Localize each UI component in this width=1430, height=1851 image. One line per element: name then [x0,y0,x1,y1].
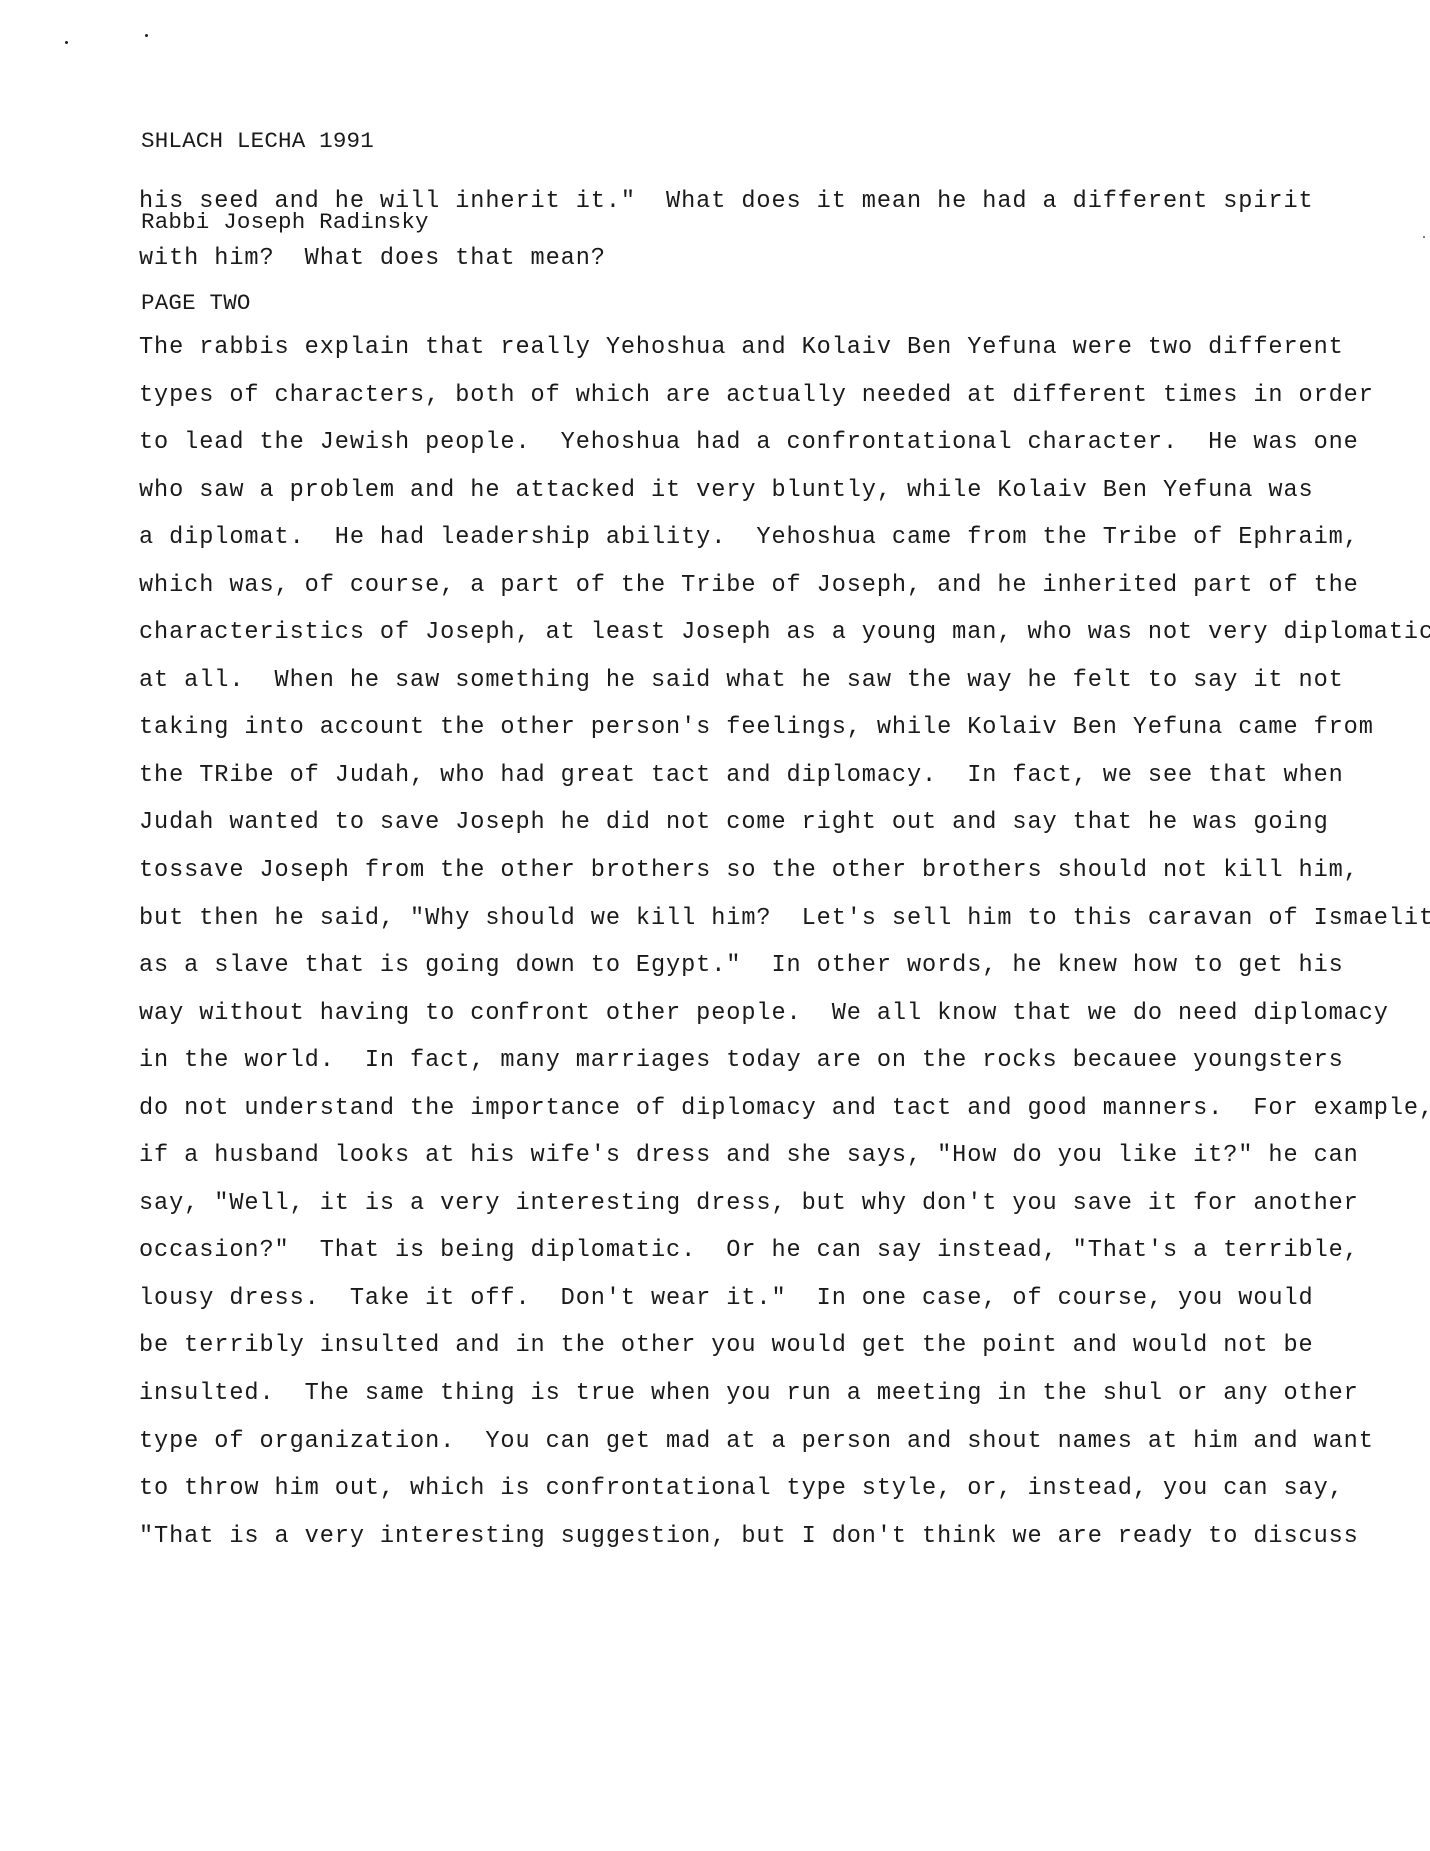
text-line: characteristics of Joseph, at least Jose… [139,618,1430,666]
text-line: insulted. The same thing is true when yo… [139,1379,1430,1427]
text-line: a diplomat. He had leadership ability. Y… [139,523,1430,571]
text-line: be terribly insulted and in the other yo… [139,1331,1430,1379]
text-line: lousy dress. Take it off. Don't wear it.… [139,1284,1430,1332]
text-line: if a husband looks at his wife's dress a… [139,1141,1430,1189]
text-line: to throw him out, which is confrontation… [139,1474,1430,1522]
text-line: to lead the Jewish people. Yehoshua had … [139,428,1430,476]
text-line: as a slave that is going down to Egypt."… [139,951,1430,999]
scan-speck [145,34,148,37]
text-line: who saw a problem and he attacked it ver… [139,476,1430,524]
text-line: way without having to confront other peo… [139,999,1430,1047]
paragraph-continuation: his seed and he will inherit it." What d… [139,187,1314,300]
text-line: taking into account the other person's f… [139,713,1430,761]
text-line: which was, of course, a part of the Trib… [139,571,1430,619]
scan-speck [65,41,68,44]
text-line: in the world. In fact, many marriages to… [139,1046,1430,1094]
text-line: types of characters, both of which are a… [139,381,1430,429]
text-line: with him? What does that mean? [139,244,1314,301]
text-line: type of organization. You can get mad at… [139,1427,1430,1475]
text-line: but then he said, "Why should we kill hi… [139,904,1430,952]
text-line: "That is a very interesting suggestion, … [139,1522,1430,1570]
text-line: The rabbis explain that really Yehoshua … [139,333,1430,381]
paragraph-rabbis-explain: The rabbis explain that really Yehoshua … [139,333,1430,1569]
text-line: say, "Well, it is a very interesting dre… [139,1189,1430,1237]
text-line: Judah wanted to save Joseph he did not c… [139,808,1430,856]
scan-speck [1423,236,1425,238]
text-line: at all. When he saw something he said wh… [139,666,1430,714]
text-line: do not understand the importance of dipl… [139,1094,1430,1142]
sermon-title: SHLACH LECHA 1991 [141,128,429,155]
text-line: his seed and he will inherit it." What d… [139,187,1314,244]
text-line: tossave Joseph from the other brothers s… [139,856,1430,904]
text-line: the TRibe of Judah, who had great tact a… [139,761,1430,809]
text-line: occasion?" That is being diplomatic. Or … [139,1236,1430,1284]
